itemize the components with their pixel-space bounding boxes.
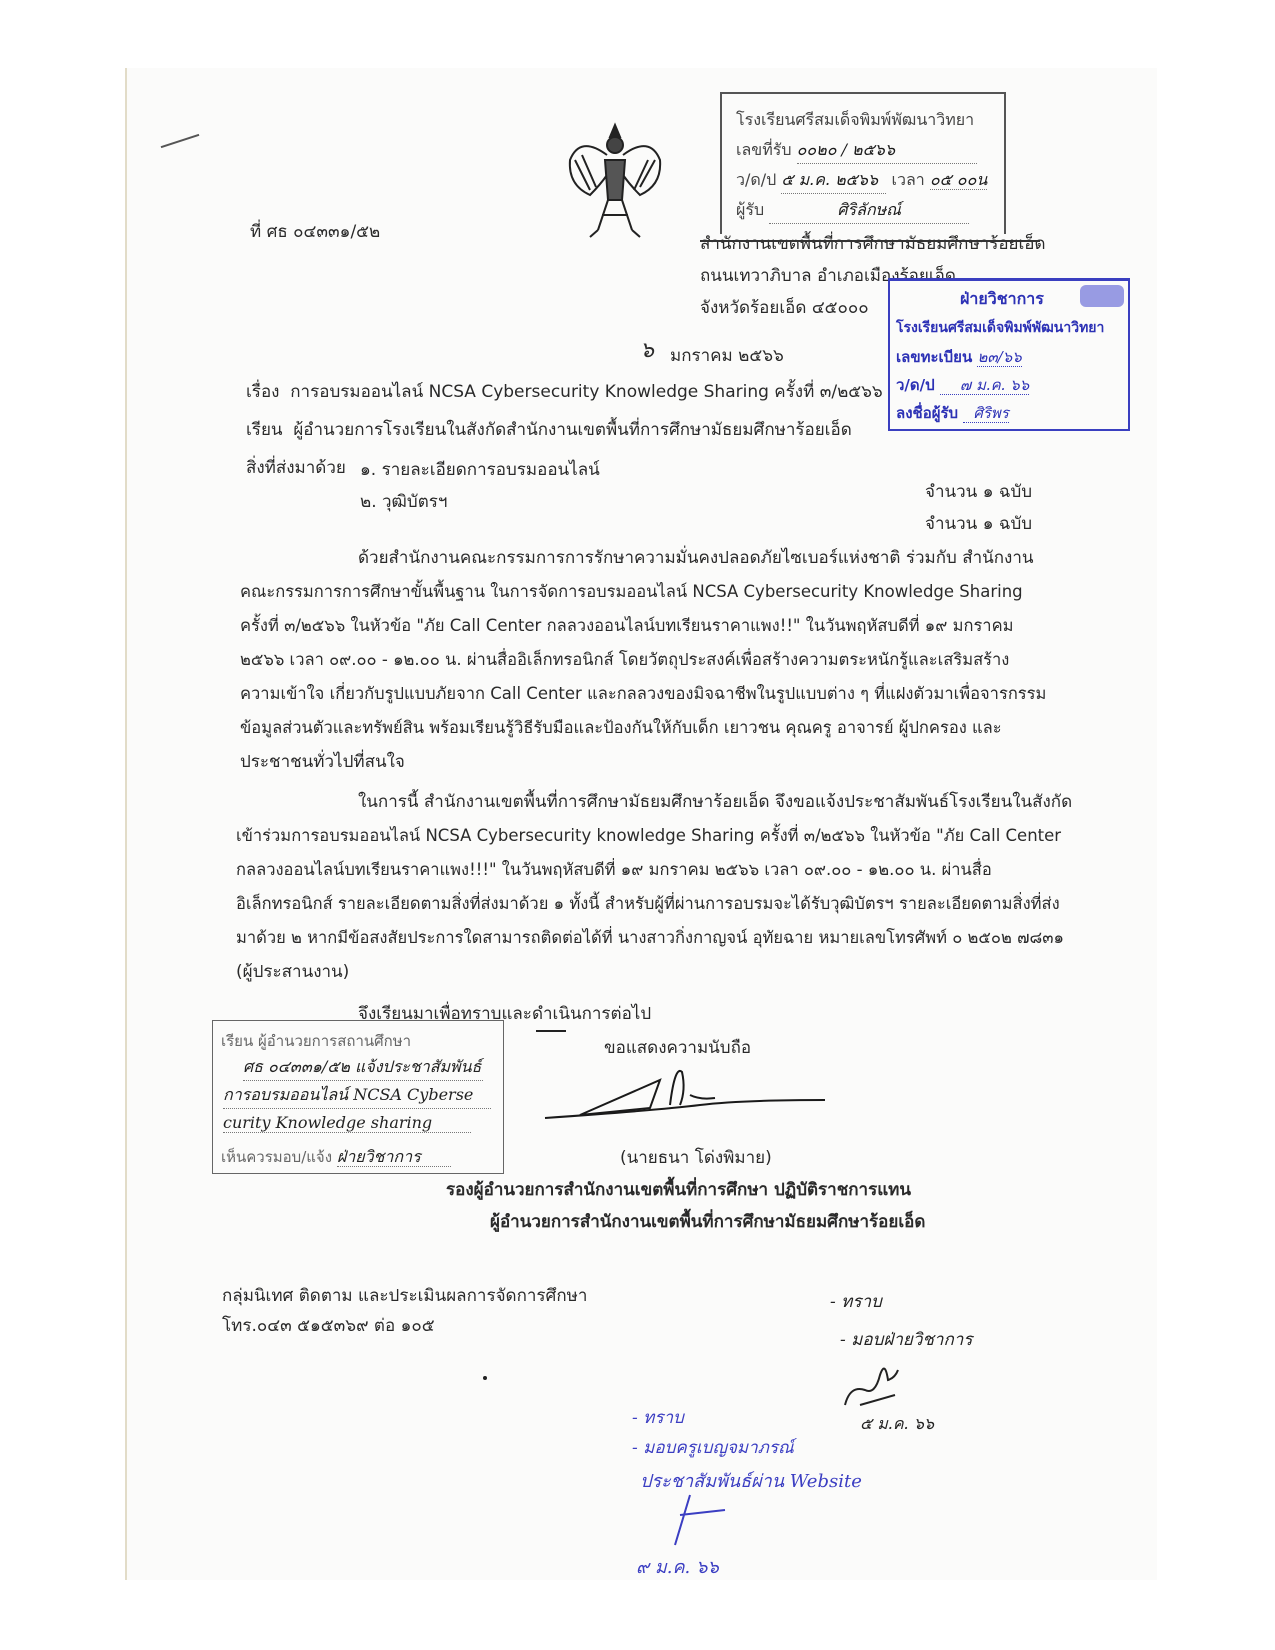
receipt-date-label: ว/ด/ป bbox=[736, 170, 776, 189]
enclosures-label: สิ่งที่ส่งมาด้วย bbox=[246, 460, 346, 477]
garuda-emblem-icon bbox=[560, 115, 670, 245]
routing-assign-label: เห็นควรมอบ/แจ้ง bbox=[221, 1148, 332, 1166]
signatory-title-1: รองผู้อำนวยการสำนักงานเขตพื้นที่การศึกษา… bbox=[446, 1182, 911, 1199]
salutation: ขอแสดงความนับถือ bbox=[604, 1040, 751, 1057]
receipt-school: โรงเรียนศรีสมเด็จพิมพ์พัฒนาวิทยา bbox=[736, 108, 974, 133]
signatory-name: (นายธนา โด่งพิมาย) bbox=[620, 1150, 772, 1167]
p1-line: ข้อมูลส่วนตัวและทรัพย์สิน พร้อมเรียนรู้ว… bbox=[240, 720, 1002, 737]
document-number: ที่ ศธ ๐๔๓๓๑/๕๒ bbox=[250, 224, 380, 241]
receipt-receiver-label: ผู้รับ bbox=[736, 200, 764, 219]
academic-register-label: เลขทะเบียน bbox=[896, 348, 972, 366]
enclosure-item-2: ๒. วุฒิบัตรฯ bbox=[360, 494, 447, 511]
to-text: ผู้อำนวยการโรงเรียนในสังกัดสำนักงานเขตพื… bbox=[293, 420, 851, 440]
handnote-blue-1: - ทราบ bbox=[632, 1404, 684, 1431]
footer-group: กลุ่มนิเทศ ติดตาม และประเมินผลการจัดการศ… bbox=[222, 1288, 587, 1305]
p2-line: อิเล็กทรอนิกส์ รายละเอียดตามสิ่งที่ส่งมา… bbox=[236, 896, 1060, 913]
p1-line: ด้วยสำนักงานคณะกรรมการการรักษาความมั่นคง… bbox=[358, 550, 1034, 567]
p1-line: ครั้งที่ ๓/๒๕๖๖ ในหัวข้อ "ภัย Call Cente… bbox=[240, 618, 1014, 635]
academic-school: โรงเรียนศรีสมเด็จพิมพ์พัฒนาวิทยา bbox=[896, 317, 1104, 339]
handnote-right-2: - มอบฝ่ายวิชาการ bbox=[840, 1326, 972, 1353]
academic-signer-value: ศิริพร bbox=[963, 404, 1009, 423]
routing-assign-value: ฝ่ายวิชาการ bbox=[337, 1147, 451, 1167]
receipt-number-label: เลขที่รับ bbox=[736, 140, 792, 159]
enclosure-qty-1: จำนวน ๑ ฉบับ bbox=[925, 484, 1032, 501]
ink-dot bbox=[483, 1376, 487, 1380]
subject-label: เรื่อง bbox=[246, 382, 279, 402]
office-address-line2: จังหวัดร้อยเอ็ด ๔๕๐๐๐ bbox=[700, 300, 869, 317]
academic-date-label: ว/ด/ป bbox=[896, 376, 935, 394]
p1-line: ความเข้าใจ เกี่ยวกับรูปแบบภัยจาก Call Ce… bbox=[240, 686, 1046, 703]
p1-line: คณะกรรมการการศึกษาขั้นพื้นฐาน ในการจัดกา… bbox=[240, 584, 1023, 601]
document-date: มกราคม ๒๕๖๖ bbox=[670, 348, 784, 365]
p1-line: ประชาชนทั่วไปที่สนใจ bbox=[240, 754, 405, 771]
blue-initials-icon bbox=[670, 1490, 750, 1550]
receipt-number-value: ๐๐๒๐ / ๒๕๖๖ bbox=[797, 138, 977, 164]
handnote-blue-date: ๙ ม.ค. ๖๖ bbox=[636, 1552, 719, 1581]
enclosure-qty-2: จำนวน ๑ ฉบับ bbox=[925, 516, 1032, 533]
signatory-title-2: ผู้อำนวยการสำนักงานเขตพื้นที่การศึกษามัธ… bbox=[490, 1214, 925, 1231]
enclosure-item-1: ๑. รายละเอียดการอบรมออนไลน์ bbox=[360, 462, 600, 479]
ink-blot bbox=[1080, 285, 1124, 307]
handnote-right-1: - ทราบ bbox=[830, 1288, 882, 1315]
p1-line: ๒๕๖๖ เวลา ๐๙.๐๐ - ๑๒.๐๐ น. ผ่านสื่ออิเล็… bbox=[240, 652, 1009, 669]
academic-dept-title: ฝ่ายวิชาการ bbox=[960, 287, 1044, 312]
p2-line: (ผู้ประสานงาน) bbox=[236, 964, 349, 981]
office-name: สำนักงานเขตพื้นที่การศึกษามัธยมศึกษาร้อย… bbox=[700, 236, 1046, 253]
routing-header: เรียน ผู้อำนวยการสถานศึกษา bbox=[221, 1029, 411, 1053]
p2-line: มาด้วย ๒ หากมีข้อสงสัยประการใดสามารถติดต… bbox=[236, 930, 1064, 947]
p2-line: เข้าร่วมการอบรมออนไลน์ NCSA Cybersecurit… bbox=[236, 828, 1061, 845]
receipt-date-value: ๕ ม.ค. ๒๕๖๖ bbox=[781, 168, 886, 194]
academic-dept-stamp: ฝ่ายวิชาการ โรงเรียนศรีสมเด็จพิมพ์พัฒนาว… bbox=[888, 278, 1130, 431]
footer-phone: โทร.๐๔๓ ๕๑๕๓๖๙ ต่อ ๑๐๕ bbox=[222, 1318, 435, 1335]
academic-signer-label: ลงชื่อผู้รับ bbox=[896, 404, 958, 422]
office-strikethrough bbox=[700, 240, 1040, 242]
receipt-time-value: ๐๕ ๐๐น bbox=[930, 170, 987, 190]
academic-register-value: ๒๓/๖๖ bbox=[977, 348, 1021, 367]
receipt-time-label: เวลา bbox=[892, 170, 925, 189]
handnote-right-date: ๕ ม.ค. ๖๖ bbox=[860, 1412, 934, 1437]
receipt-stamp: โรงเรียนศรีสมเด็จพิมพ์พัฒนาวิทยา เลขที่ร… bbox=[720, 92, 1006, 234]
p2-line: ในการนี้ สำนักงานเขตพื้นที่การศึกษามัธยม… bbox=[358, 794, 1072, 811]
p2-line: กลลวงออนไลน์บทเรียนราคาแพง!!!" ในวันพฤหั… bbox=[236, 862, 992, 879]
signature-icon bbox=[540, 1060, 830, 1130]
academic-date-value: ๗ ม.ค. ๖๖ bbox=[940, 376, 1029, 395]
initials-signature-icon bbox=[840, 1360, 910, 1410]
underline-mark bbox=[536, 1030, 566, 1032]
receipt-receiver-value: ศิริลักษณ์ bbox=[769, 198, 969, 224]
subject-text: การอบรมออนไลน์ NCSA Cybersecurity Knowle… bbox=[290, 382, 882, 402]
handnote-blue-2: - มอบครูเบญจมาภรณ์ bbox=[632, 1434, 794, 1461]
routing-line-2: การอบรมออนไลน์ NCSA Cyberse bbox=[223, 1083, 491, 1109]
routing-line-1: ศธ ๐๔๓๓๑/๕๒ แจ้งประชาสัมพันธ์ bbox=[243, 1055, 483, 1081]
routing-line-3: curity Knowledge sharing bbox=[223, 1113, 471, 1133]
routing-stamp: เรียน ผู้อำนวยการสถานศึกษา ศธ ๐๔๓๓๑/๕๒ แ… bbox=[212, 1020, 504, 1174]
date-day: ๖ bbox=[640, 340, 654, 362]
to-label: เรียน bbox=[246, 420, 283, 440]
